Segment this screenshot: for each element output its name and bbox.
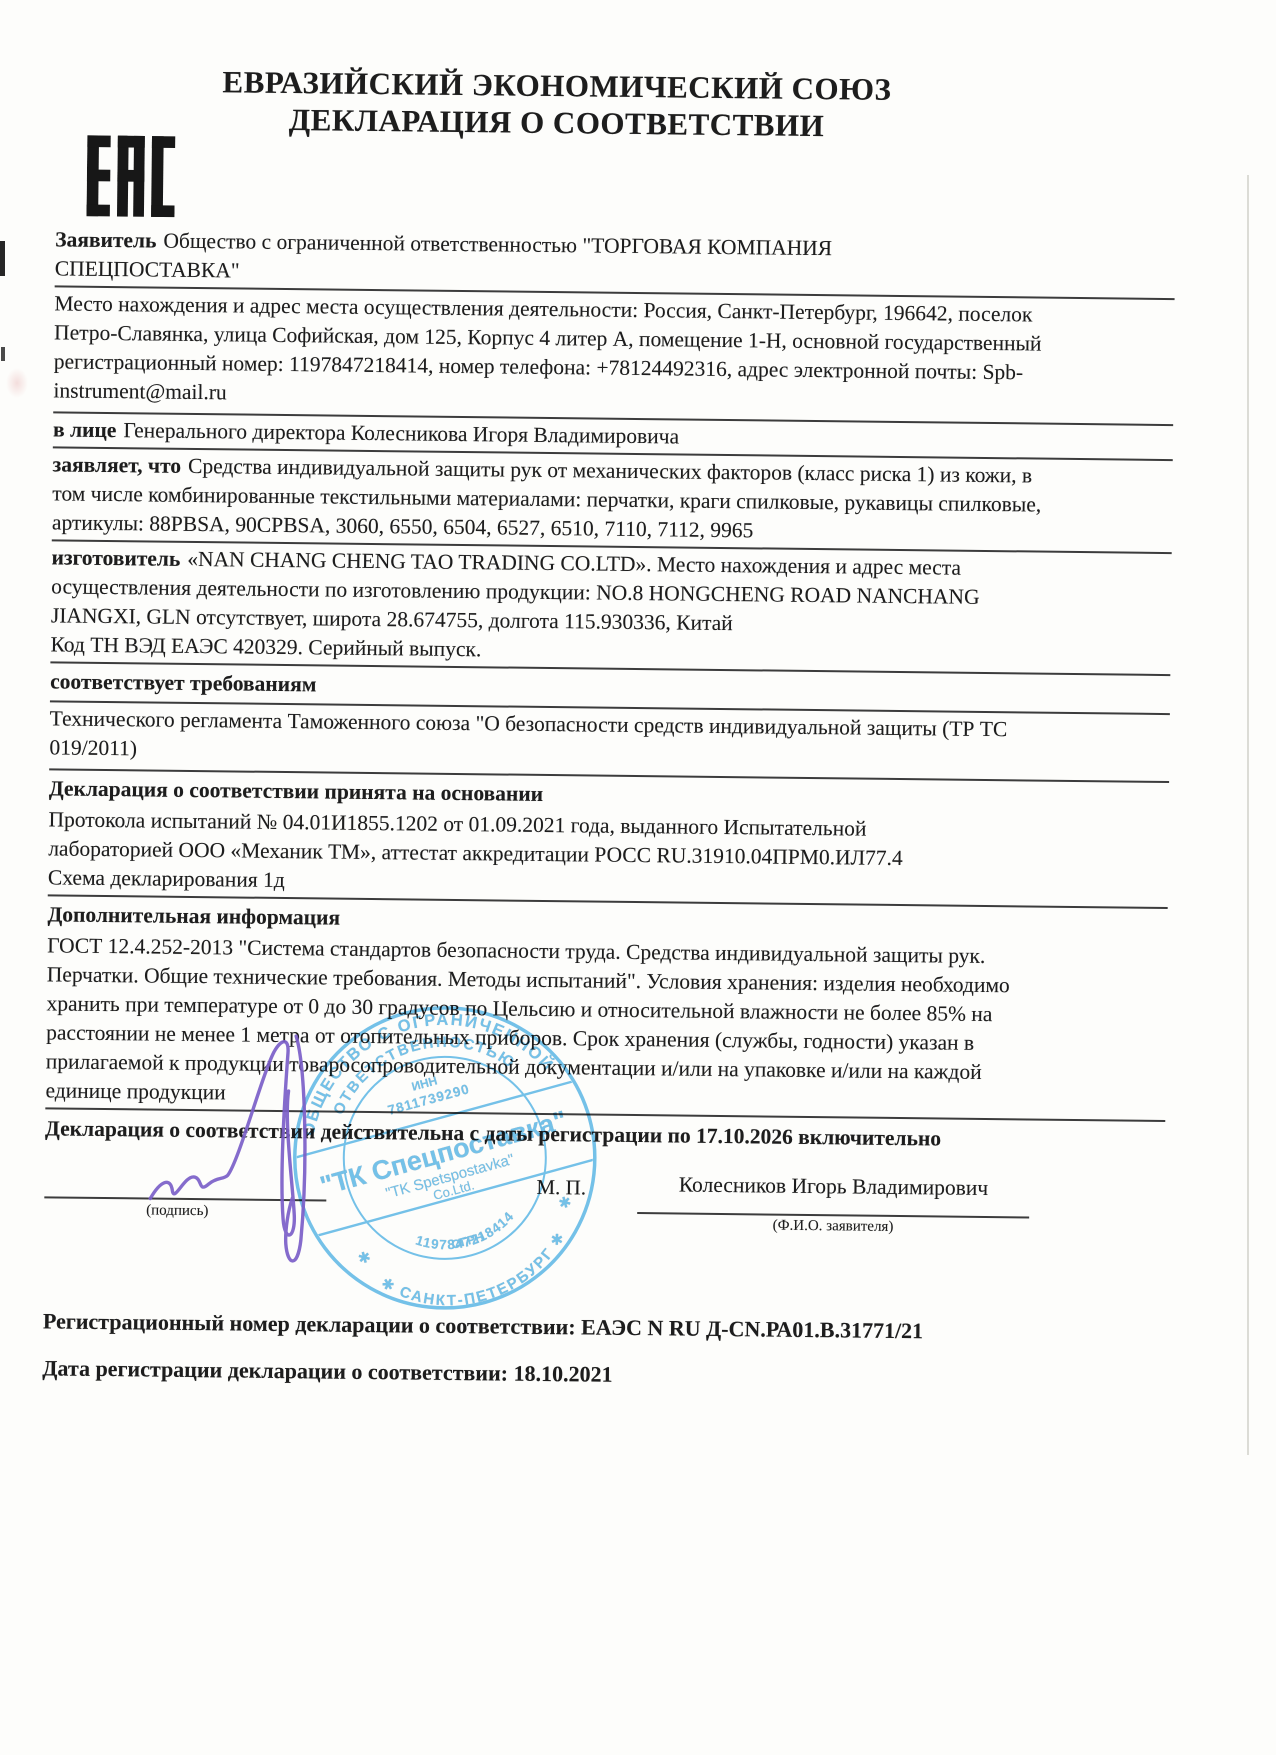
declares-label: заявляет, что bbox=[52, 452, 181, 477]
in-person-label: в лице bbox=[53, 417, 117, 442]
applicant-text: Общество с ограниченной ответственностью… bbox=[55, 229, 833, 283]
document-content: ЕВРАЗИЙСКИЙ ЭКОНОМИЧЕСКИЙ СОЮЗ ДЕКЛАРАЦИ… bbox=[0, 0, 1276, 1395]
handwritten-signature bbox=[141, 1012, 374, 1275]
conforms-paragraph: Технического регламента Таможенного союз… bbox=[49, 704, 1052, 773]
document-title: ЕВРАЗИЙСКИЙ ЭКОНОМИЧЕСКИЙ СОЮЗ ДЕКЛАРАЦИ… bbox=[56, 61, 1057, 146]
manufacturer-paragraph: изготовитель«NAN CHANG CHENG TAO TRADING… bbox=[51, 543, 1017, 641]
registration-date-line: Дата регистрации декларации о соответств… bbox=[42, 1355, 1082, 1393]
applicant-paragraph: ЗаявительОбщество с ограниченной ответст… bbox=[55, 225, 956, 293]
manufacturer-label: изготовитель bbox=[51, 545, 180, 570]
section-declares: заявляет, чтоСредства индивидуальной защ… bbox=[52, 448, 1173, 554]
address-paragraph: Место нахождения и адрес места осуществл… bbox=[53, 289, 1056, 416]
basis-paragraph: Протокола испытаний № 04.01И1855.1202 от… bbox=[48, 805, 929, 873]
in-person-text: Генерального директора Колесникова Игоря… bbox=[123, 418, 679, 448]
applicant-name-caption: (Ф.И.О. заявителя) bbox=[637, 1216, 1029, 1237]
applicant-name-block: Колесников Игорь Владимирович (Ф.И.О. за… bbox=[637, 1170, 1030, 1237]
applicant-label: Заявитель bbox=[55, 227, 157, 252]
manufacturer-text: «NAN CHANG CHENG TAO TRADING CO.LTD». Ме… bbox=[51, 547, 980, 635]
declares-paragraph: заявляет, чтоСредства индивидуальной защ… bbox=[52, 450, 1055, 548]
section-address: Место нахождения и адрес места осуществл… bbox=[53, 287, 1174, 426]
signature-row: ОБЩЕСТВО С ОГРАНИЧЕННОЙ ОТВЕТСТВЕННОСТЬЮ… bbox=[44, 1163, 1165, 1251]
stamp-asterisk-right: ✱ bbox=[557, 1193, 574, 1213]
declares-text: Средства индивидуальной защиты рук от ме… bbox=[52, 454, 1042, 542]
section-basis: Декларация о соответствии принята на осн… bbox=[48, 770, 1169, 909]
section-manufacturer: изготовитель«NAN CHANG CHENG TAO TRADING… bbox=[50, 541, 1171, 676]
section-conforms-text: Технического регламента Таможенного союз… bbox=[49, 702, 1170, 783]
applicant-full-name: Колесников Игорь Владимирович bbox=[637, 1170, 1029, 1202]
eac-mark-icon bbox=[86, 132, 175, 221]
scanned-page: ЕВРАЗИЙСКИЙ ЭКОНОМИЧЕСКИЙ СОЮЗ ДЕКЛАРАЦИ… bbox=[0, 0, 1276, 1755]
conforms-heading: соответствует требованиям bbox=[50, 667, 1170, 709]
declaration-body: ЗаявительОбщество с ограниченной ответст… bbox=[42, 223, 1175, 1394]
